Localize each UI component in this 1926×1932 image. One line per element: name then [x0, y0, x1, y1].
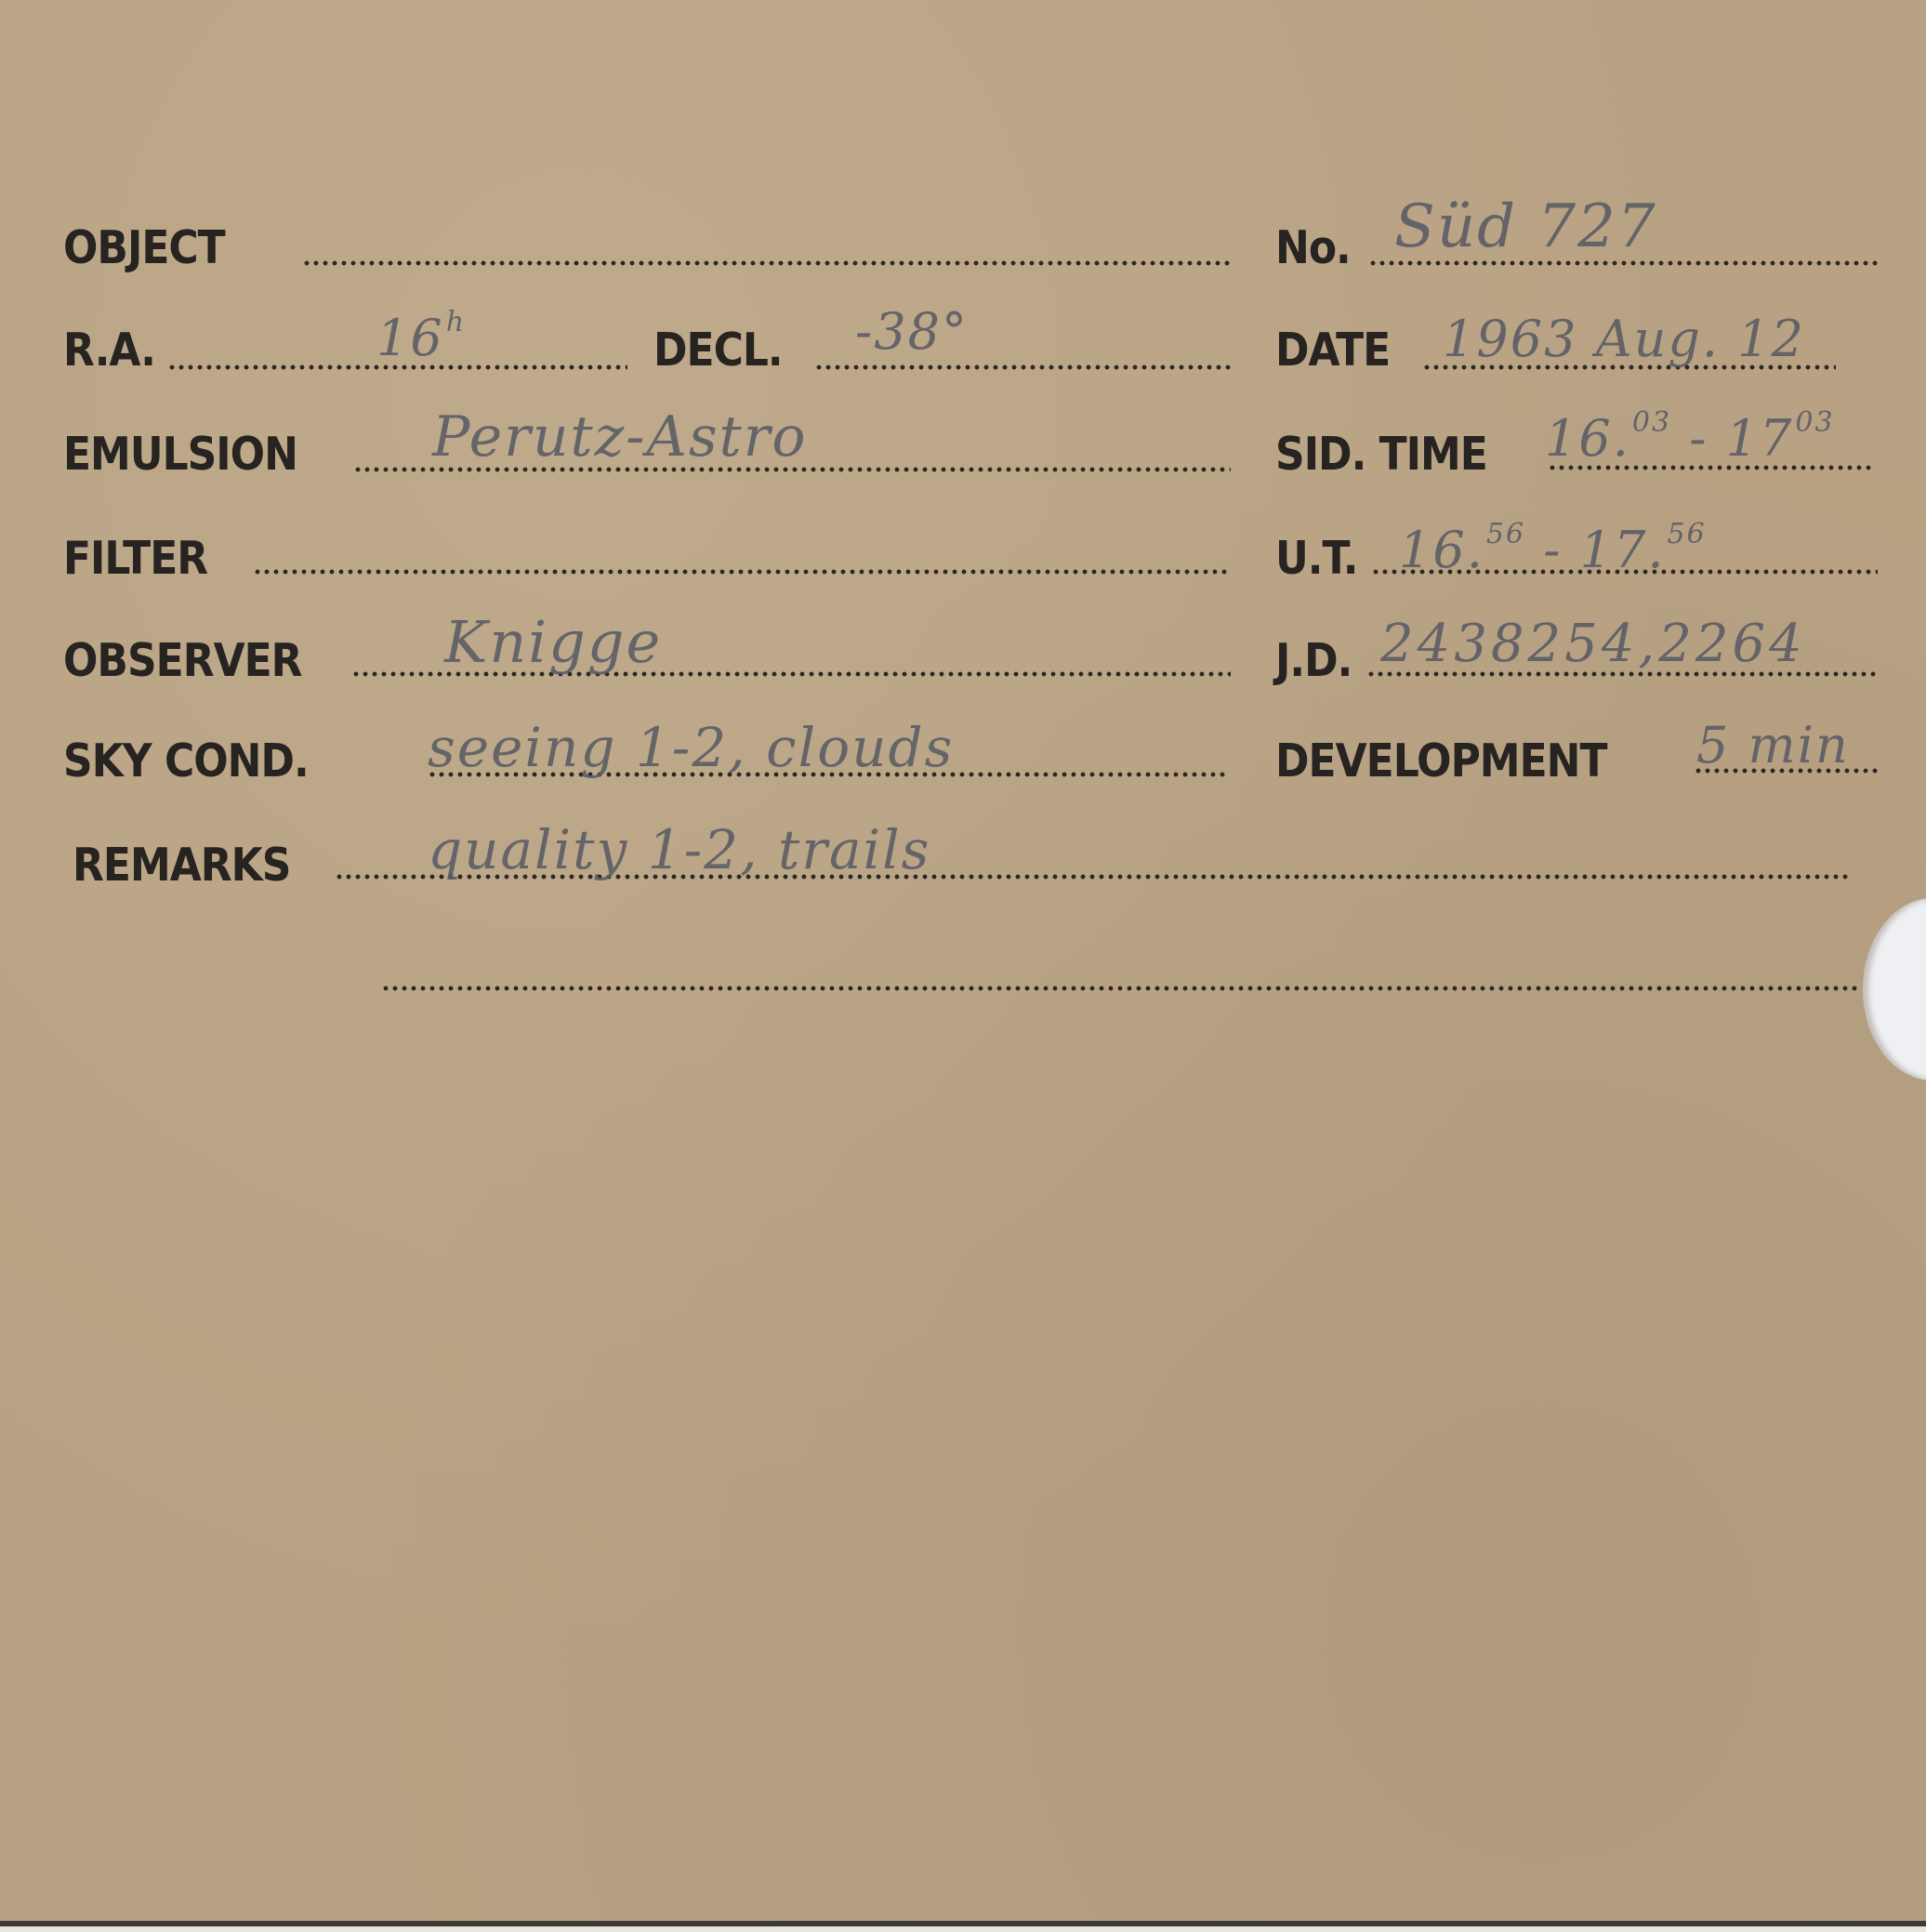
sky-cond-value: seeing 1-2, clouds: [428, 721, 954, 774]
ra-label: R.A.: [63, 328, 155, 374]
remarks-label: REMARKS: [73, 843, 290, 889]
decl-field-line[interactable]: [814, 364, 1231, 370]
remarks-extra-line[interactable]: [381, 986, 1859, 991]
sky-cond-label: SKY COND.: [63, 739, 309, 785]
jd-value: 2438254,2264: [1380, 618, 1806, 670]
development-label: DEVELOPMENT: [1275, 739, 1607, 785]
date-label: DATE: [1275, 328, 1390, 374]
date-value: 1963 Aug. 12: [1443, 314, 1805, 364]
no-label: No.: [1275, 226, 1351, 271]
filter-field-line[interactable]: [253, 569, 1231, 575]
envelope-card: [0, 0, 1926, 1921]
decl-label: DECL.: [653, 328, 783, 374]
no-value: Süd 727: [1394, 197, 1657, 257]
development-value: 5 min: [1696, 721, 1850, 771]
ut-value: 16.56 - 17.56: [1399, 521, 1707, 576]
ra-value: 16h: [376, 309, 466, 364]
emulsion-label: EMULSION: [63, 432, 297, 478]
observer-label: OBSERVER: [63, 639, 302, 684]
object-label: OBJECT: [63, 226, 225, 271]
jd-label: J.D.: [1275, 639, 1352, 684]
observer-value: Knigge: [444, 614, 662, 671]
scan-background-strip: [0, 1926, 1926, 1932]
sid-time-label: SID. TIME: [1275, 432, 1487, 478]
emulsion-value: Perutz-Astro: [432, 409, 808, 465]
decl-value: -38°: [855, 307, 969, 357]
ut-label: U.T.: [1275, 536, 1358, 582]
sid-time-value: 16.03 - 1703: [1545, 409, 1835, 464]
object-field-line[interactable]: [302, 260, 1232, 266]
remarks-value: quality 1-2, trails: [428, 823, 930, 877]
filter-label: FILTER: [63, 536, 207, 582]
